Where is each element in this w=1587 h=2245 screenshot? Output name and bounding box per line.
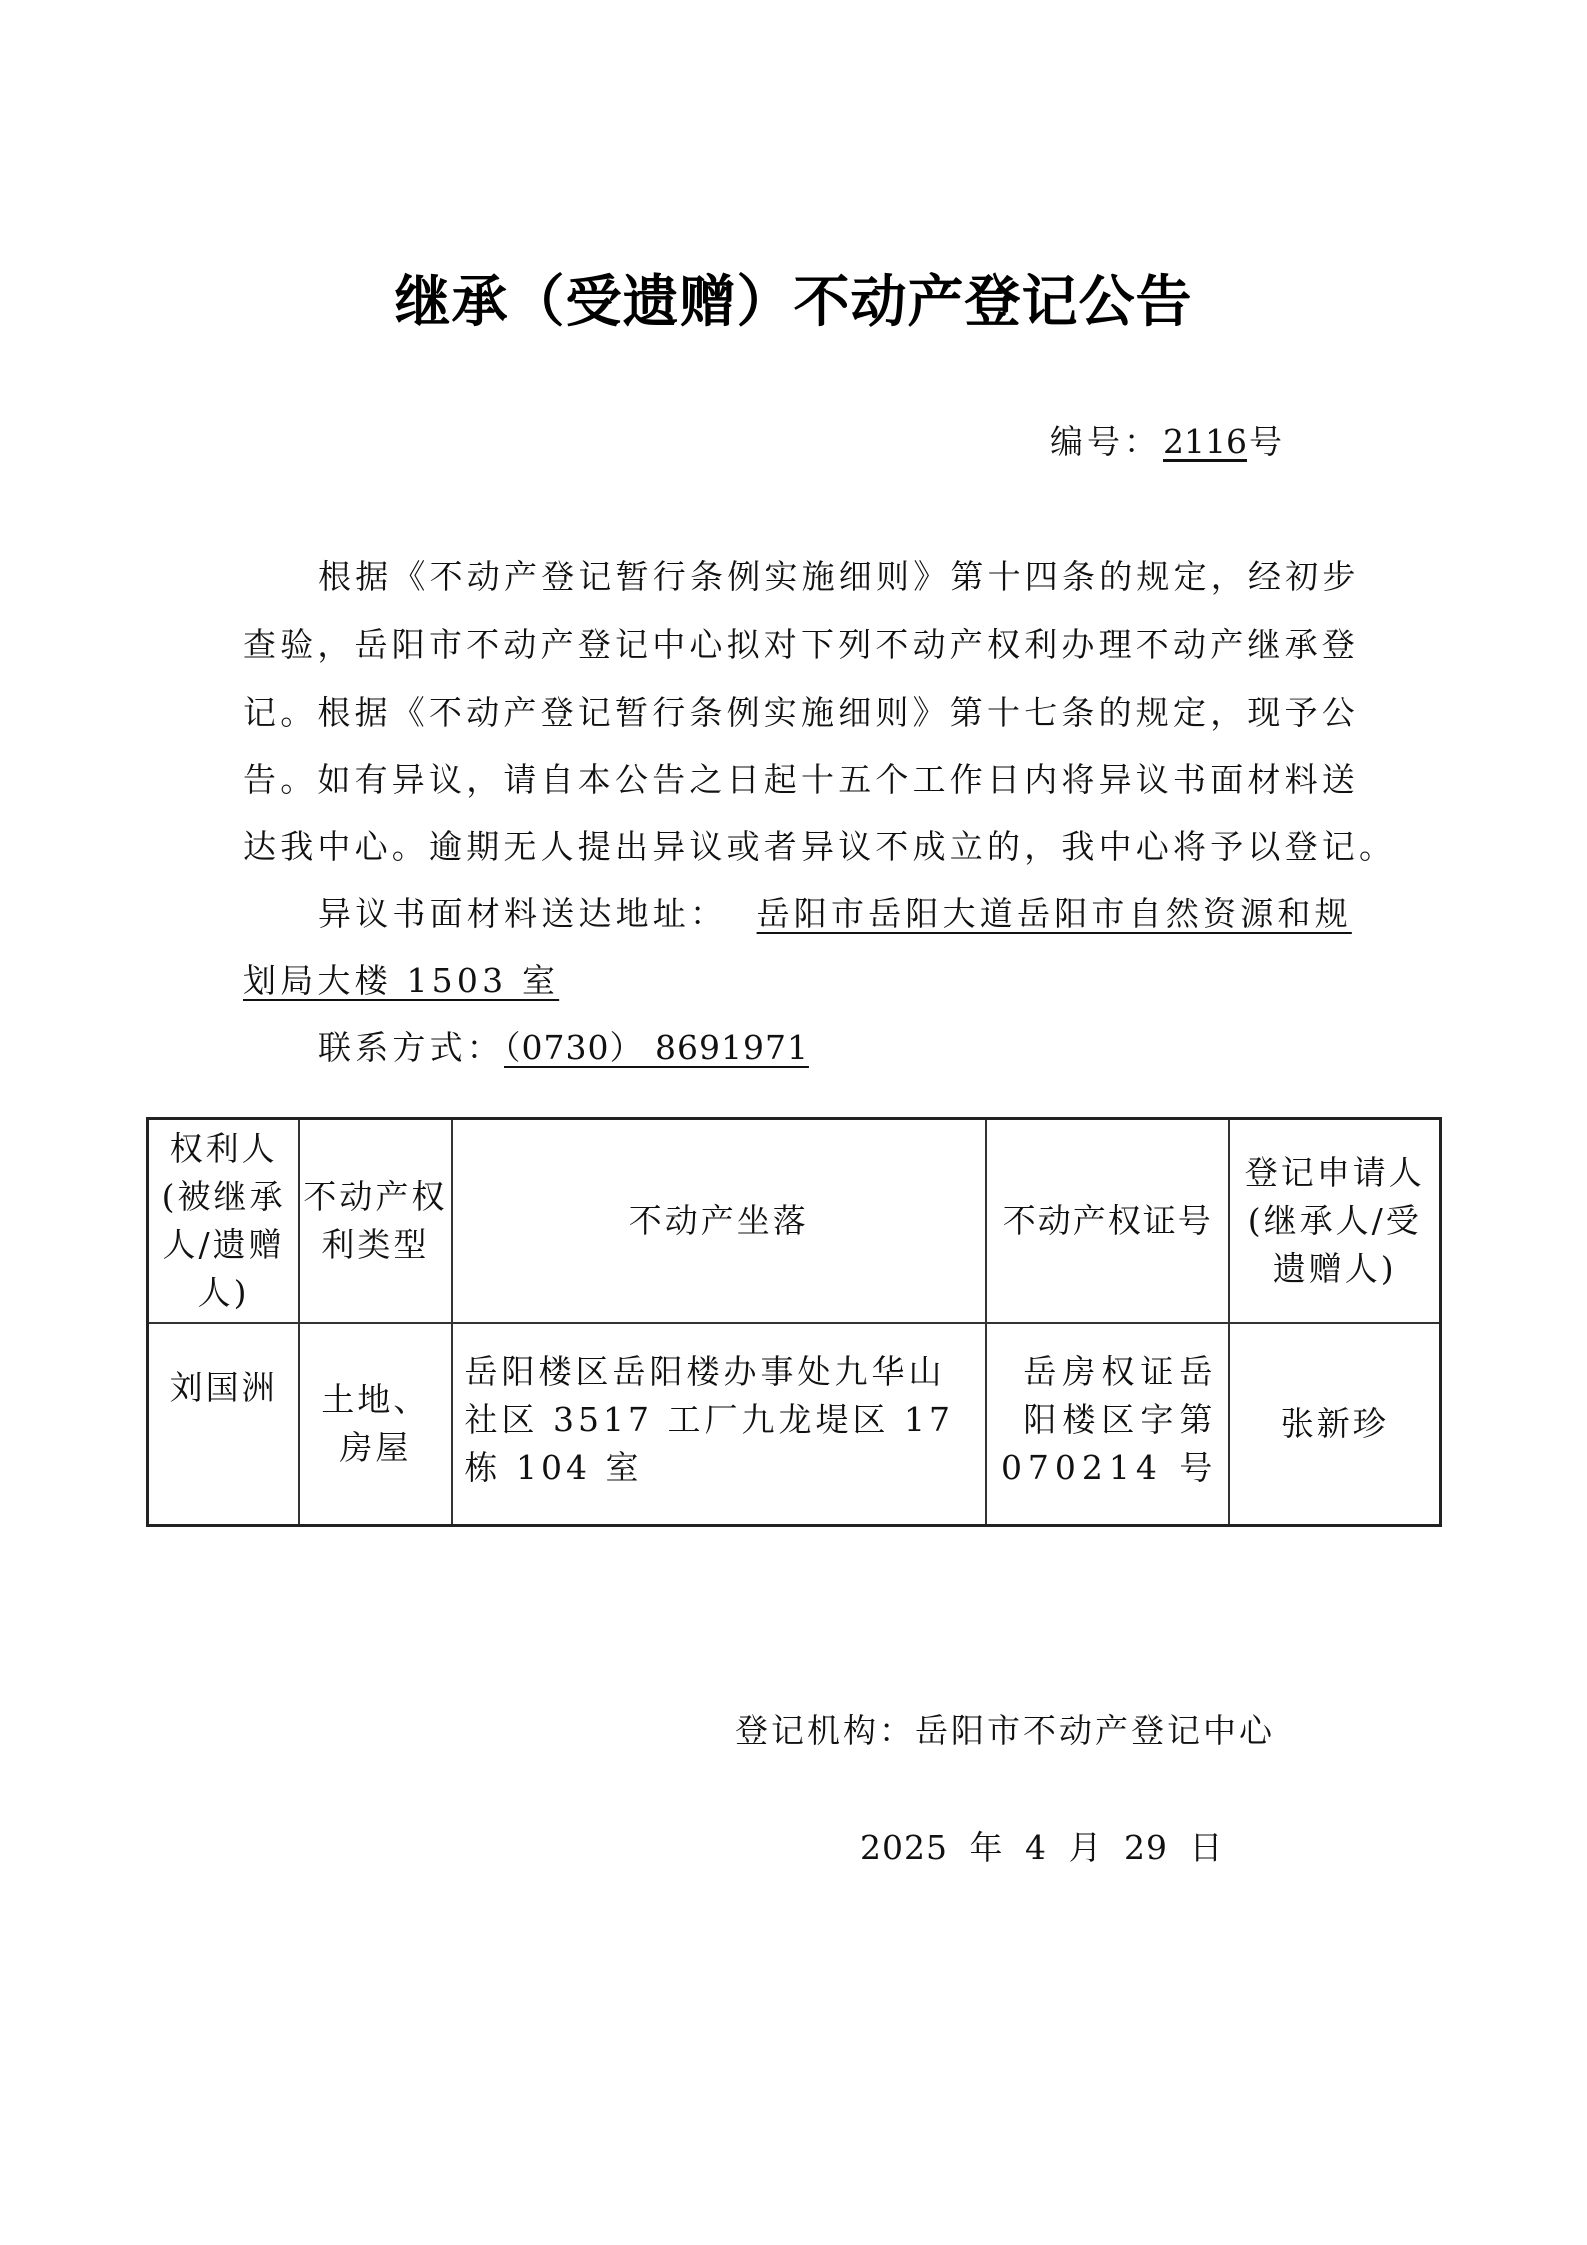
registration-authority: 登记机构：岳阳市不动产登记中心: [735, 1705, 1275, 1752]
table-row: 刘国洲 土地、房屋 岳阳楼区岳阳楼办事处九华山社区 3517 工厂九龙堤区 17…: [148, 1323, 1441, 1526]
objection-address-label: 异议书面材料送达地址：: [318, 894, 727, 933]
contact-label: 联系方式：: [318, 1028, 504, 1067]
date-year-unit: 年: [969, 1828, 1003, 1867]
objection-address-value-cont: 划局大楼 1503 室: [243, 961, 559, 1000]
date-year: 2025: [860, 1828, 948, 1867]
paragraph-line: 告。如有异议，请自本公告之日起十五个工作日内将异议书面材料送: [243, 754, 1359, 801]
serial-suffix: 号: [1249, 422, 1286, 461]
paragraph-line: 根据《不动产登记暂行条例实施细则》第十四条的规定，经初步: [318, 551, 1360, 598]
notice-table: 权利人(被继承人/遗赠人) 不动产权利类型 不动产坐落 不动产权证号 登记申请人…: [146, 1117, 1442, 1527]
page-title: 继承（受遗赠）不动产登记公告: [0, 258, 1587, 338]
objection-address-value: 岳阳市岳阳大道岳阳市自然资源和规: [757, 894, 1352, 933]
date-day: 29: [1124, 1828, 1168, 1867]
notice-date: 2025 年 4 月 29 日: [860, 1822, 1223, 1869]
date-month-unit: 月: [1068, 1828, 1102, 1867]
paragraph-line: 达我中心。逾期无人提出异议或者异议不成立的，我中心将予以登记。: [243, 821, 1396, 868]
cell-right-type: 土地、房屋: [299, 1323, 451, 1526]
paragraph-line: 查验，岳阳市不动产登记中心拟对下列不动产权利办理不动产继承登: [243, 619, 1359, 666]
date-month: 4: [1025, 1828, 1047, 1867]
date-day-unit: 日: [1189, 1828, 1223, 1867]
cell-owner: 刘国洲: [148, 1323, 300, 1526]
objection-address: 异议书面材料送达地址： 岳阳市岳阳大道岳阳市自然资源和规: [318, 888, 1352, 935]
table-header-row: 权利人(被继承人/遗赠人) 不动产权利类型 不动产坐落 不动产权证号 登记申请人…: [148, 1119, 1441, 1323]
header-owner: 权利人(被继承人/遗赠人): [148, 1119, 300, 1323]
cell-location: 岳阳楼区岳阳楼办事处九华山社区 3517 工厂九龙堤区 17 栋 104 室: [452, 1323, 987, 1526]
header-right-type: 不动产权利类型: [299, 1119, 451, 1323]
serial-number: 编号：2116号: [1050, 416, 1286, 463]
authority-name: 岳阳市不动产登记中心: [915, 1711, 1275, 1750]
objection-address-cont: 划局大楼 1503 室: [243, 955, 559, 1002]
contact-phone: （0730） 8691971: [504, 1028, 845, 1067]
contact-info: 联系方式：（0730） 8691971: [318, 1022, 845, 1069]
header-certificate-no: 不动产权证号: [986, 1119, 1229, 1323]
serial-label: 编号：: [1050, 422, 1161, 461]
header-applicant: 登记申请人(继承人/受遗赠人): [1229, 1119, 1440, 1323]
header-location: 不动产坐落: [452, 1119, 987, 1323]
cell-applicant: 张新珍: [1229, 1323, 1440, 1526]
cell-certificate-no: 岳房权证岳阳楼区字第 070214 号: [986, 1323, 1229, 1526]
serial-value: 2116: [1161, 422, 1249, 461]
authority-label: 登记机构：: [735, 1711, 915, 1750]
paragraph-line: 记。根据《不动产登记暂行条例实施细则》第十七条的规定，现予公: [243, 687, 1359, 734]
